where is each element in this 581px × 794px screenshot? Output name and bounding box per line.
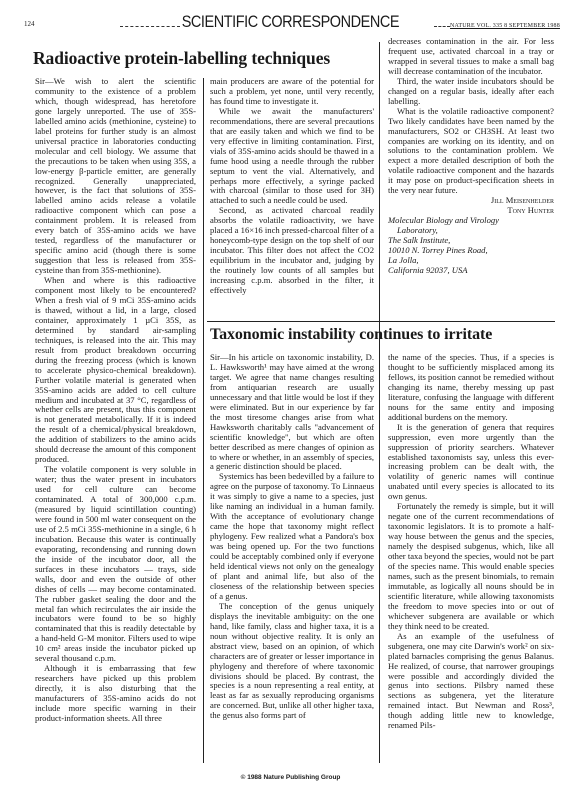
affiliation: California 92037, USA (388, 266, 554, 276)
paragraph: Systemics has been bedevilled by a failu… (210, 472, 374, 601)
paragraph: Second, as activated charcoal readily ab… (210, 206, 374, 296)
column-rule (379, 42, 380, 763)
article2-column-3: the name of the species. Thus, if a spec… (388, 353, 554, 731)
copyright-notice: © 1988 Nature Publishing Group (0, 774, 581, 781)
paragraph: Third, the water inside incubators shoul… (388, 77, 554, 107)
paragraph: What is the volatile radioactive compone… (388, 107, 554, 197)
paragraph: When and where is this radioactive compo… (35, 276, 196, 465)
paragraph: Although it is embarrassing that few res… (35, 664, 196, 724)
paragraph: It is the generation of genera that requ… (388, 423, 554, 503)
paragraph: Sir—In his article on taxonomic instabil… (210, 353, 374, 472)
article-divider (207, 321, 555, 322)
paragraph: Sir—We wish to alert the scientific comm… (35, 77, 196, 276)
article2-title: Taxonomic instability continues to irrit… (210, 326, 492, 344)
paragraph: The volatile component is very soluble i… (35, 465, 196, 664)
paragraph: decreases contamination in the air. For … (388, 37, 554, 77)
page-number: 124 (24, 20, 35, 28)
paragraph: The conception of the genus uniquely dis… (210, 602, 374, 721)
article1-title: Radioactive protein-labelling techniques (33, 48, 330, 69)
paragraph: While we await the manufacturers' recomm… (210, 107, 374, 207)
article1-column-2: main producers are aware of the potentia… (210, 77, 374, 296)
running-head: SCIENTIFIC CORRESPONDENCE NATURE VOL. 33… (120, 11, 560, 31)
article1-column-1: Sir—We wish to alert the scientific comm… (35, 77, 196, 724)
paragraph: As an example of the usefulness of subge… (388, 632, 554, 732)
section-title: SCIENTIFIC CORRESPONDENCE (180, 13, 396, 31)
column-rule (203, 78, 204, 763)
article2-column-2: Sir—In his article on taxonomic instabil… (210, 353, 374, 721)
article1-column-3: decreases contamination in the air. For … (388, 37, 554, 276)
paragraph: Fortunately the remedy is simple, but it… (388, 502, 554, 631)
paragraph: the name of the species. Thus, if a spec… (388, 353, 554, 423)
paragraph: main producers are aware of the potentia… (210, 77, 374, 107)
journal-citation: NATURE VOL. 335 8 SEPTEMBER 1988 (450, 23, 560, 29)
divider (434, 26, 450, 27)
divider (120, 26, 180, 27)
